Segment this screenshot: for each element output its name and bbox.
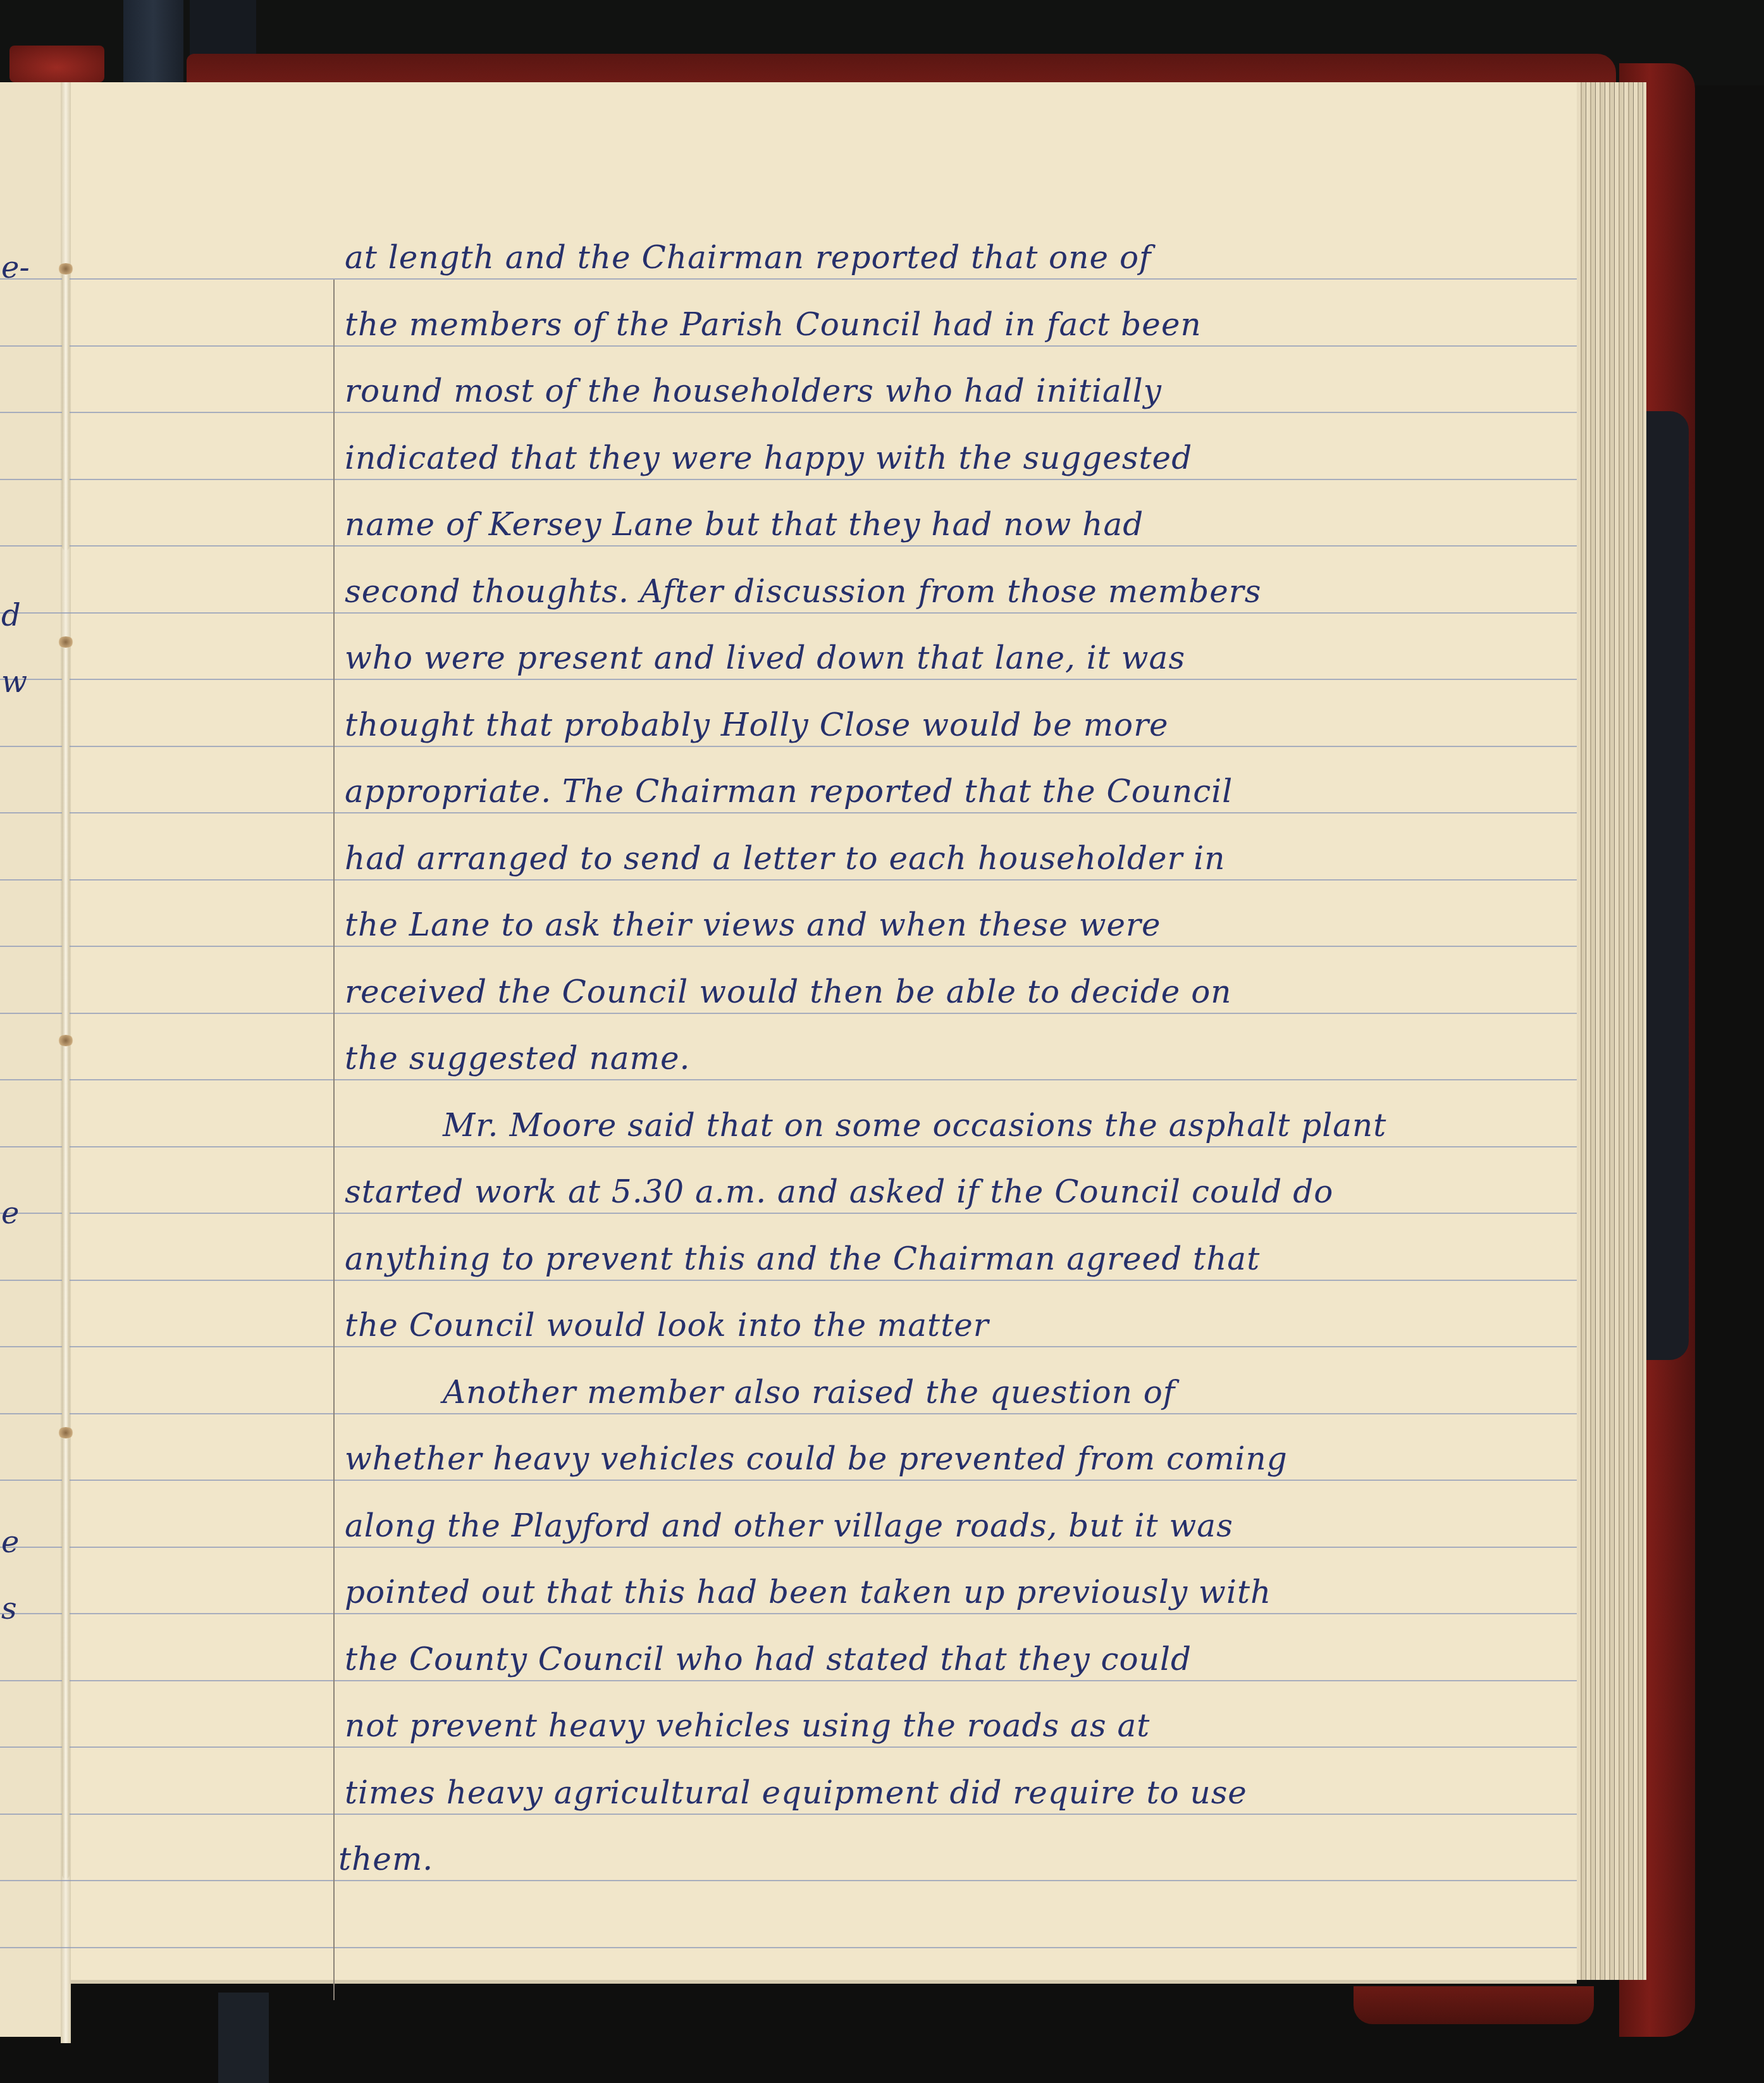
ruled-line: [0, 612, 1577, 614]
text-line: name of Kersey Lane but that they had no…: [345, 506, 1144, 543]
text-line: them.: [338, 1841, 433, 1877]
text-line: second thoughts. After discussion from t…: [345, 573, 1261, 610]
ruled-line: [0, 1746, 1577, 1748]
ruled-line: [0, 746, 1577, 747]
ruled-line: [0, 679, 1577, 680]
ruled-line: [0, 1613, 1577, 1614]
stitch-knot: [57, 1427, 75, 1438]
left-fragment: e: [1, 1524, 19, 1560]
left-fragment: s: [1, 1591, 17, 1626]
ruled-line: [0, 1146, 1577, 1147]
ruled-line: [0, 812, 1577, 813]
stitch-knot: [57, 636, 75, 648]
worn-cover-corner-left: [9, 46, 104, 82]
left-fragment: e-: [1, 250, 30, 285]
text-line: the suggested name.: [345, 1040, 690, 1077]
text-line: the Council would look into the matter: [345, 1307, 989, 1344]
paragraph-start-line: Another member also raised the question …: [443, 1374, 1175, 1411]
text-line: had arranged to send a letter to each ho…: [345, 840, 1226, 877]
spine-strip: [123, 0, 183, 82]
ruled-line: [0, 479, 1577, 480]
text-line: not prevent heavy vehicles using the roa…: [345, 1707, 1150, 1744]
ruled-line: [0, 1814, 1577, 1815]
text-line: round most of the householders who had i…: [345, 373, 1162, 409]
ruled-line: [0, 1413, 1577, 1414]
worn-cover-edge-bottom: [1354, 1986, 1594, 2024]
margin-line: [333, 280, 335, 2000]
worn-cover-edge-top: [187, 54, 1616, 82]
text-line: thought that probably Holly Close would …: [345, 707, 1169, 743]
ruled-line: [0, 345, 1577, 347]
ruled-line: [0, 412, 1577, 413]
text-line: received the Council would then be able …: [345, 974, 1231, 1010]
ruled-line: [0, 278, 1577, 280]
left-fragment: w: [1, 664, 27, 700]
book-cover-cloth: [1644, 411, 1689, 1360]
ruled-line: [0, 1880, 1577, 1881]
stitch-thread: [62, 1436, 70, 1879]
ruled-line: [0, 1480, 1577, 1481]
ruled-line: [0, 1280, 1577, 1281]
ruled-line: [0, 1346, 1577, 1347]
stitch-knot: [57, 263, 75, 275]
left-fragment: e: [1, 1196, 19, 1231]
text-line: along the Playford and other village roa…: [345, 1507, 1233, 1544]
paragraph-start-line: Mr. Moore said that on some occasions th…: [443, 1107, 1386, 1144]
text-line: who were present and lived down that lan…: [345, 640, 1185, 676]
bookmark-ribbon: [218, 1993, 269, 2083]
ruled-line: [0, 946, 1577, 947]
text-line: at length and the Chairman reported that…: [345, 239, 1152, 276]
ruled-line: [0, 1947, 1577, 1948]
text-line: the Lane to ask their views and when the…: [345, 906, 1161, 943]
text-line: started work at 5.30 a.m. and asked if t…: [345, 1173, 1333, 1210]
page-stack-edge: [1577, 82, 1646, 1980]
ruled-line: [0, 1547, 1577, 1548]
ruled-line: [0, 1213, 1577, 1214]
text-line: times heavy agricultural equipment did r…: [345, 1774, 1247, 1811]
stitch-thread: [62, 645, 70, 1056]
stitch-knot: [57, 1035, 75, 1046]
text-line: whether heavy vehicles could be prevente…: [345, 1440, 1288, 1477]
ruled-line: [0, 1680, 1577, 1681]
left-fragment: d: [1, 598, 21, 633]
right-page: [70, 82, 1577, 1984]
text-line: the County Council who had stated that t…: [345, 1641, 1192, 1678]
stitch-thread: [62, 1044, 70, 1436]
text-line: indicated that they were happy with the …: [345, 440, 1192, 476]
text-line: anything to prevent this and the Chairma…: [345, 1240, 1260, 1277]
left-page: [0, 82, 65, 2037]
ruled-line: [0, 1079, 1577, 1080]
text-line: pointed out that this had been taken up …: [345, 1574, 1271, 1610]
text-line: the members of the Parish Council had in…: [345, 306, 1202, 343]
stitch-thread: [62, 272, 70, 550]
ruled-line: [0, 879, 1577, 881]
text-line: appropriate. The Chairman reported that …: [345, 773, 1233, 810]
ruled-line: [0, 545, 1577, 547]
ruled-line: [0, 1013, 1577, 1014]
